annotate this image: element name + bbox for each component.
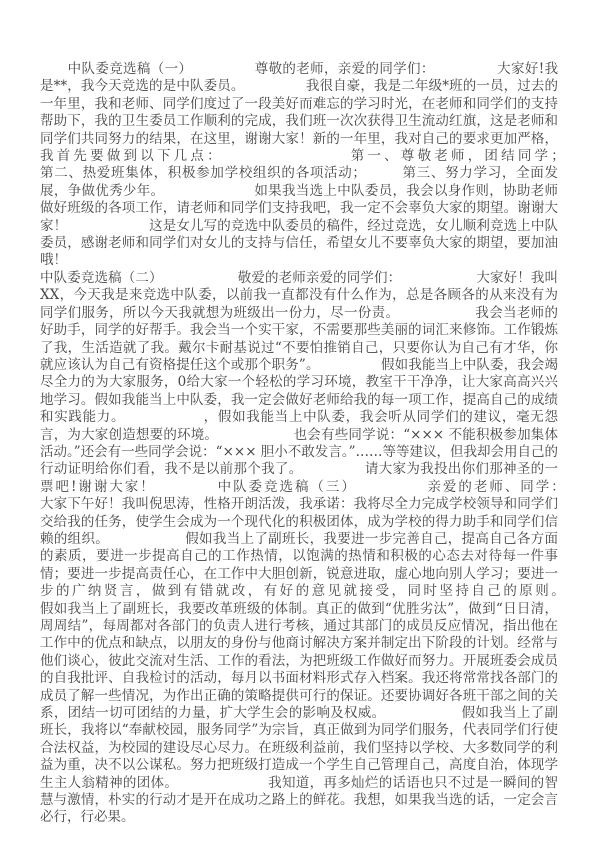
paragraph-speech-draft-2-and-3: 中队委竞选稿（二） 敬爱的老师亲爱的同学们： 大家好！我叫XX，今天我是来竞选中…	[40, 270, 558, 827]
document-text-block: 中队委竞选稿（一） 尊敬的老师，亲爱的同学们： 大家好!我是**，我今天竞选的是…	[40, 61, 558, 827]
paragraph-speech-draft-1: 中队委竞选稿（一） 尊敬的老师，亲爱的同学们： 大家好!我是**，我今天竞选的是…	[40, 61, 558, 270]
document-page: 中队委竞选稿（一） 尊敬的老师，亲爱的同学们： 大家好!我是**，我今天竞选的是…	[0, 0, 600, 849]
